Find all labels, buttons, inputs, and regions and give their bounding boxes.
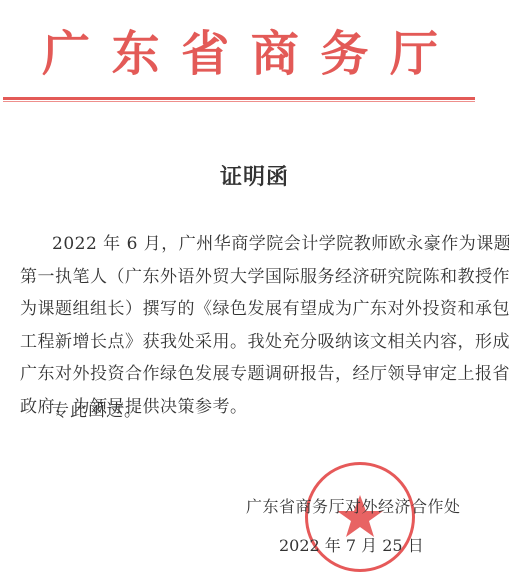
document-title: 证明函 bbox=[0, 160, 509, 191]
signature-date: 2022 年 7 月 25 日 bbox=[279, 533, 424, 556]
signature-organization: 广东省商务厅对外经济合作处 bbox=[246, 494, 461, 517]
body-line: 2022 年 6 月，广州华商学院会计学院教师欧永豪作为课题组 bbox=[20, 228, 465, 261]
body-line: 为课题组组长）撰写的《绿色发展有望成为广东对外投资和承包 bbox=[20, 293, 465, 326]
letterhead-rule-thin bbox=[3, 101, 475, 102]
letterhead-char: 厅 bbox=[388, 28, 440, 80]
closing-text: 专此函达。 bbox=[52, 396, 142, 421]
letterhead-char: 商 bbox=[249, 28, 301, 80]
body-line: 第一执笔人（广东外语外贸大学国际服务经济研究院陈和教授作 bbox=[20, 261, 465, 294]
body-line: 广东对外投资合作绿色发展专题调研报告，经厅领导审定上报省 bbox=[20, 358, 465, 391]
letterhead-rule-thick bbox=[3, 97, 475, 100]
body-line: 工程新增长点》获我处采用。我处充分吸纳该文相关内容，形成 bbox=[20, 326, 465, 359]
letterhead-char: 广 bbox=[40, 28, 92, 80]
document-body: 2022 年 6 月，广州华商学院会计学院教师欧永豪作为课题组 第一执笔人（广东… bbox=[20, 228, 465, 423]
letterhead-char: 省 bbox=[179, 28, 231, 80]
letterhead-title: 广 东 省 商 务 厅 bbox=[40, 28, 440, 80]
letterhead-char: 务 bbox=[318, 28, 370, 80]
letterhead-char: 东 bbox=[110, 28, 162, 80]
